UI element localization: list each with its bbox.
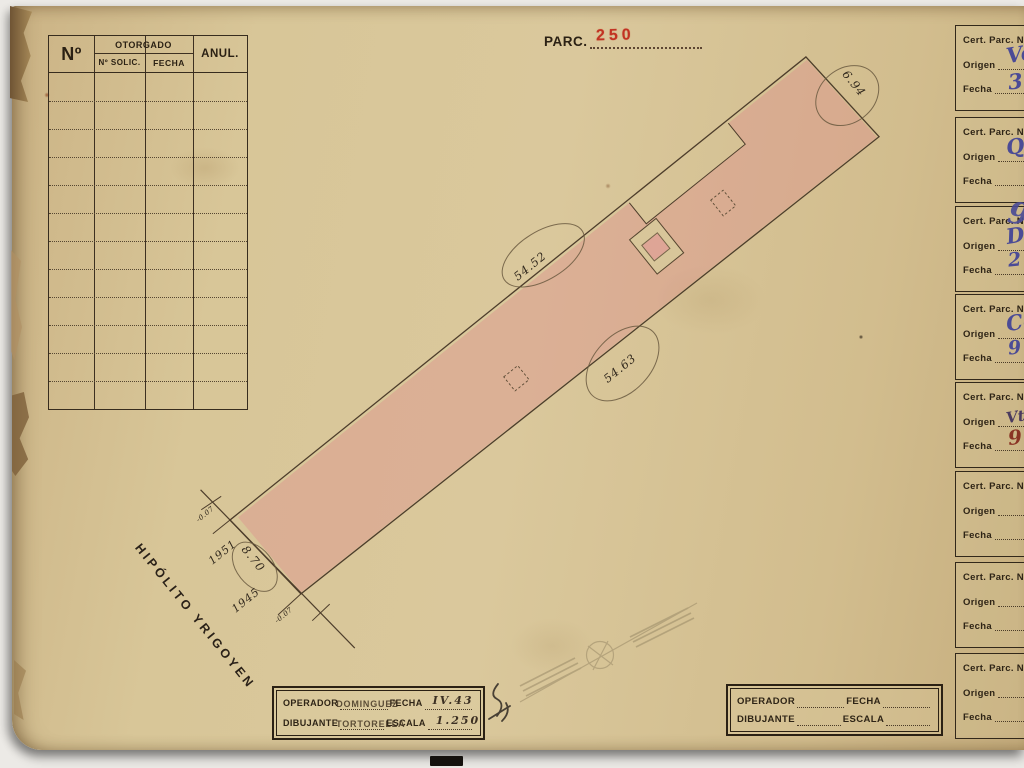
fecha-handwritten-value: IV.43 xyxy=(433,694,474,707)
cert-card: Cert. Parc. Nº Origen Fecha xyxy=(955,471,1024,557)
operador-stamped-name: DOMINGUEZ xyxy=(336,698,398,711)
dotted-line xyxy=(998,505,1024,516)
card-title: Cert. Parc. Nº xyxy=(963,216,1024,227)
operador-label: OPERADOR xyxy=(737,695,795,708)
dotted-line xyxy=(998,687,1024,698)
origen-label: Origen xyxy=(963,329,995,340)
card-title: Cert. Parc. Nº xyxy=(963,572,1024,583)
dotted-line xyxy=(797,696,844,708)
origen-label: Origen xyxy=(963,152,995,163)
dotted-line xyxy=(797,714,841,726)
cert-card: Cert. Parc. Nº Origen Fecha xyxy=(955,653,1024,739)
operador-row: OPERADOR FECHA xyxy=(737,695,932,708)
stamp-box-blank: OPERADOR FECHA DIBUJANTE ESCALA xyxy=(726,684,943,736)
parcel-group: 54.52 54.63 6.94 8.70 1951 1945 -0.07 -0… xyxy=(162,0,951,693)
card-title: Cert. Parc. Nº xyxy=(963,481,1024,492)
operador-label: OPERADOR xyxy=(283,697,338,710)
dotted-line xyxy=(995,529,1024,540)
dotted-line xyxy=(998,59,1024,70)
dotted-line xyxy=(995,175,1024,186)
card-title: Cert. Parc. Nº xyxy=(963,392,1024,403)
dotted-line xyxy=(995,620,1024,631)
dotted-line xyxy=(883,696,930,708)
cert-card: Cert. Parc. Nº Origen Fecha Veu 3 / xyxy=(955,25,1024,111)
fecha-label: Fecha xyxy=(963,441,992,452)
parcel-pink-wash xyxy=(238,56,877,598)
dotted-line xyxy=(995,264,1024,275)
offset-lower: -0.07 xyxy=(273,606,294,625)
card-title: Cert. Parc. Nº xyxy=(963,127,1024,138)
card-title: Cert. Parc. Nº xyxy=(963,304,1024,315)
stamp-box-inner: OPERADOR FECHA DIBUJANTE ESCALA xyxy=(730,688,939,732)
origen-label: Origen xyxy=(963,506,995,517)
fecha-label: Fecha xyxy=(963,621,992,632)
fecha-label: Fecha xyxy=(963,265,992,276)
scan-artifact-bar xyxy=(430,756,463,766)
pencil-mark xyxy=(489,684,510,721)
dotted-line xyxy=(998,596,1024,607)
dotted-line xyxy=(998,416,1024,427)
origen-label: Origen xyxy=(963,597,995,608)
fecha-label: FECHA xyxy=(846,695,881,708)
cert-card: Cert. Parc. Nº Origen Fecha 9 Dle 2 xyxy=(955,206,1024,292)
dotted-line xyxy=(998,240,1024,251)
dibujante-row: DIBUJANTE TORTORELLA ESCALA 1.250 xyxy=(283,717,474,730)
year-upper: 1951 xyxy=(206,537,239,567)
dotted-line: IV.43 xyxy=(425,698,472,710)
dotted-line: TORTORELLA xyxy=(340,718,384,730)
fecha-label: Fecha xyxy=(963,353,992,364)
origen-label: Origen xyxy=(963,688,995,699)
origen-label: Origen xyxy=(963,417,995,428)
dotted-line xyxy=(998,151,1024,162)
card-title: Cert. Parc. Nº xyxy=(963,35,1024,46)
escala-handwritten-value: 1.250 xyxy=(436,714,480,727)
fecha-label: Fecha xyxy=(963,84,992,95)
measure-side-lower: 54.63 xyxy=(601,351,639,386)
fecha-label: Fecha xyxy=(963,712,992,723)
scanned-cadastral-sheet: Nº OTORGADO Nº SOLIC. FECHA ANUL. PARC. … xyxy=(0,0,1024,768)
dotted-line xyxy=(886,714,930,726)
dotted-line xyxy=(995,440,1024,451)
fecha-label: Fecha xyxy=(963,176,992,187)
dotted-line: 1.250 xyxy=(428,718,472,730)
dibujante-row: DIBUJANTE ESCALA xyxy=(737,713,932,726)
dotted-line: DOMINGUEZ xyxy=(340,698,387,710)
origen-label: Origen xyxy=(963,60,995,71)
escala-label: ESCALA xyxy=(843,713,884,726)
stamp-box-inner: OPERADOR DOMINGUEZ FECHA IV.43 DIBUJANTE… xyxy=(276,690,481,736)
stamp-box-filled: OPERADOR DOMINGUEZ FECHA IV.43 DIBUJANTE… xyxy=(272,686,485,740)
cert-card: Cert. Parc. Nº Origen Fecha Qle xyxy=(955,117,1024,203)
cert-card: Cert. Parc. Nº Origen Fecha Ce 9 xyxy=(955,294,1024,380)
dibujante-label: DIBUJANTE xyxy=(737,713,795,726)
operador-row: OPERADOR DOMINGUEZ FECHA IV.43 xyxy=(283,697,474,710)
cert-card: Cert. Parc. Nº Origen Fecha Vta 9. xyxy=(955,382,1024,468)
card-title: Cert. Parc. Nº xyxy=(963,663,1024,674)
origen-label: Origen xyxy=(963,241,995,252)
measure-rear: 6.94 xyxy=(839,67,868,99)
dibujante-label: DIBUJANTE xyxy=(283,717,338,730)
parcel-plan-drawing: 54.52 54.63 6.94 8.70 1951 1945 -0.07 -0… xyxy=(0,0,1024,768)
fecha-label: Fecha xyxy=(963,530,992,541)
cert-card: Cert. Parc. Nº Origen Fecha xyxy=(955,562,1024,648)
north-arrow-sketch xyxy=(520,603,697,702)
dotted-line xyxy=(995,711,1024,722)
dibujante-stamped-name: TORTORELLA xyxy=(336,718,405,731)
dotted-line xyxy=(995,83,1024,94)
dotted-line xyxy=(998,328,1024,339)
dotted-line xyxy=(995,352,1024,363)
year-lower: 1945 xyxy=(229,585,262,615)
